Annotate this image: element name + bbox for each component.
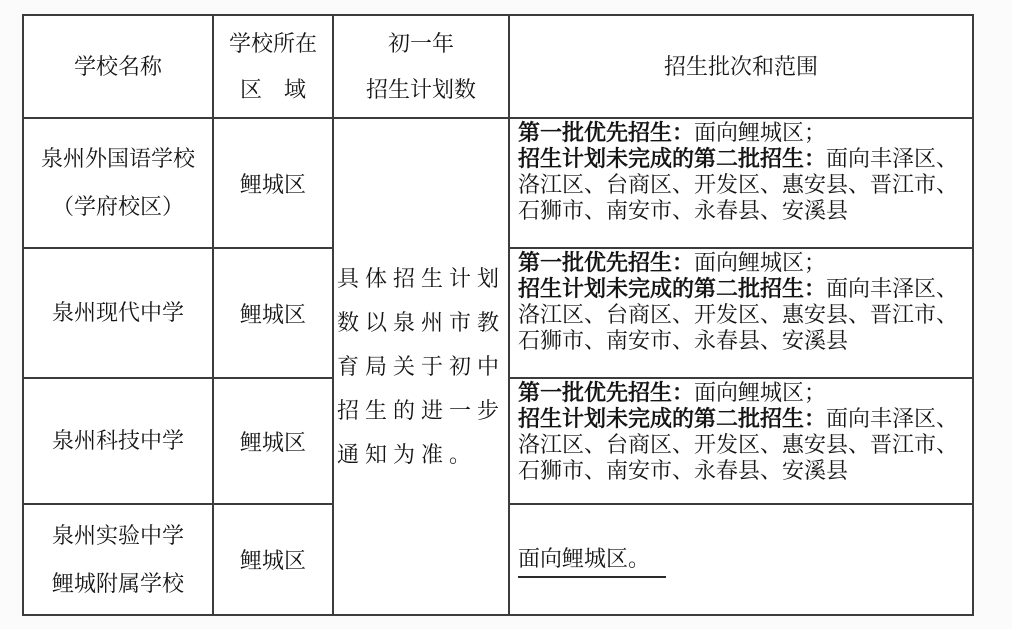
batch-second-bold: 招生计划未完成的第二批招生： (518, 406, 826, 431)
header-school-name-label: 学校名称 (74, 44, 162, 90)
district-value: 鲤城区 (240, 426, 306, 457)
batch-first-bold: 第一批优先招生： (518, 380, 694, 405)
header-district-label: 学校所在 区 域 (229, 21, 317, 113)
district-value: 鲤城区 (240, 298, 306, 329)
batch-first-line: 第一批优先招生：面向鲤城区； (518, 120, 966, 146)
school-name: 泉州外国语学校 （学府校区） (41, 135, 195, 231)
header-batch-scope-label: 招生批次和范围 (664, 44, 818, 90)
district-value: 鲤城区 (240, 168, 306, 199)
plan-note-text: 具体招生计划 数以泉州市教 育局关于初中 招生的进一步 通知为准。 (337, 257, 505, 477)
batch-second-line: 招生计划未完成的第二批招生：面向丰泽区、洛江区、台商区、开发区、惠安县、晋江市、… (518, 146, 966, 224)
school-name: 泉州科技中学 (52, 417, 184, 465)
batch-first-line: 第一批优先招生：面向鲤城区； (518, 380, 966, 406)
batch-first-line: 第一批优先招生：面向鲤城区； (518, 250, 966, 276)
batch-first-bold: 第一批优先招生： (518, 120, 694, 145)
header-plan-count-label: 初一年 招生计划数 (366, 21, 476, 113)
plan-note-cell: 具体招生计划 数以泉州市教 育局关于初中 招生的进一步 通知为准。 (334, 119, 510, 614)
school-name-cell: 泉州科技中学 (24, 379, 214, 505)
batch-first-rest: 面向鲤城区； (694, 250, 826, 275)
header-district: 学校所在 区 域 (214, 16, 334, 119)
header-batch-scope: 招生批次和范围 (510, 16, 972, 119)
batch-simple-text: 面向鲤城区。 (518, 542, 666, 578)
batch-scope-cell: 第一批优先招生：面向鲤城区； 招生计划未完成的第二批招生：面向丰泽区、洛江区、台… (510, 379, 972, 505)
batch-scope-cell: 面向鲤城区。 (510, 505, 972, 614)
batch-scope-cell: 第一批优先招生：面向鲤城区； 招生计划未完成的第二批招生：面向丰泽区、洛江区、台… (510, 119, 972, 249)
enrollment-table: 学校名称 学校所在 区 域 初一年 招生计划数 招生批次和范围 泉州外国语学校 … (22, 14, 974, 616)
batch-first-rest: 面向鲤城区； (694, 120, 826, 145)
school-name-cell: 泉州实验中学 鲤城附属学校 (24, 505, 214, 614)
batch-first-rest: 面向鲤城区； (694, 380, 826, 405)
batch-scope-cell: 第一批优先招生：面向鲤城区； 招生计划未完成的第二批招生：面向丰泽区、洛江区、台… (510, 249, 972, 379)
school-name: 泉州现代中学 (52, 289, 184, 337)
batch-second-bold: 招生计划未完成的第二批招生： (518, 276, 826, 301)
school-name: 泉州实验中学 鲤城附属学校 (52, 512, 184, 608)
batch-second-line: 招生计划未完成的第二批招生：面向丰泽区、洛江区、台商区、开发区、惠安县、晋江市、… (518, 406, 966, 484)
header-school-name: 学校名称 (24, 16, 214, 119)
batch-second-line: 招生计划未完成的第二批招生：面向丰泽区、洛江区、台商区、开发区、惠安县、晋江市、… (518, 276, 966, 354)
district-cell: 鲤城区 (214, 119, 334, 249)
batch-first-bold: 第一批优先招生： (518, 250, 694, 275)
batch-second-bold: 招生计划未完成的第二批招生： (518, 146, 826, 171)
school-name-cell: 泉州现代中学 (24, 249, 214, 379)
district-value: 鲤城区 (240, 544, 306, 575)
header-plan-count: 初一年 招生计划数 (334, 16, 510, 119)
school-name-cell: 泉州外国语学校 （学府校区） (24, 119, 214, 249)
district-cell: 鲤城区 (214, 379, 334, 505)
district-cell: 鲤城区 (214, 249, 334, 379)
district-cell: 鲤城区 (214, 505, 334, 614)
